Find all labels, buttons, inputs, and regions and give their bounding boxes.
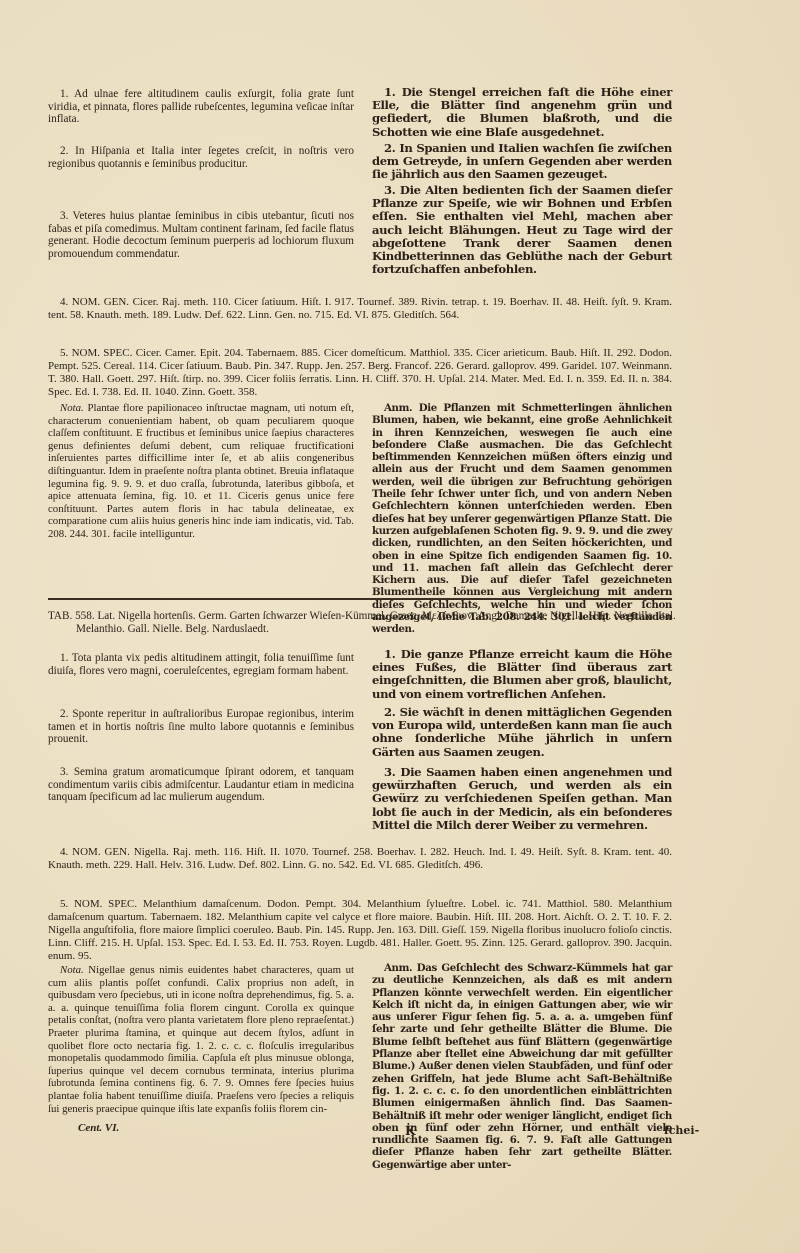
signature-mark-left: Cent. VI. bbox=[78, 1122, 119, 1134]
section-divider bbox=[48, 598, 672, 600]
latin-paragraph-1: 1. Tota planta vix pedis altitudinem att… bbox=[48, 652, 354, 677]
nom-gen-label: 4. NOM. GEN. bbox=[60, 846, 130, 858]
latin-paragraph-1: 1. Ad ulnae fere altitudinem caulis exſu… bbox=[48, 88, 354, 126]
latin-paragraph-2: 2. In Hiſpania et Italia inter ſegetes c… bbox=[48, 145, 354, 170]
anm-label: Anm. bbox=[384, 962, 412, 974]
german-anmerkung: Anm. Die Pflanzen mit Schmetterlingen äh… bbox=[372, 402, 672, 636]
anm-text: Das Geſchlecht des Schwarz-Kümmels hat g… bbox=[372, 962, 672, 1171]
latin-paragraph-2: 2. Sponte reperitur in auſtralioribus Eu… bbox=[48, 708, 354, 746]
nom-spec-entry: 5. NOM. SPEC. Cicer. Camer. Epit. 204. T… bbox=[48, 347, 672, 399]
nota-text: Nigellae genus nimis euidentes habet cha… bbox=[48, 964, 354, 1115]
nota-text: Plantae flore papilionaceo inſtructae ma… bbox=[48, 402, 354, 540]
german-paragraph-3: 3. Die Alten bedienten ſich der Saamen d… bbox=[372, 184, 672, 276]
latin-nota: Nota. Plantae flore papilionaceo inſtruc… bbox=[48, 402, 354, 541]
german-paragraph-2: 2. In Spanien und Italien wachſen ſie zw… bbox=[372, 142, 672, 182]
nom-gen-text: Cicer. Raj. meth. 110. Cicer ſatiuum. Hi… bbox=[48, 296, 672, 321]
nom-spec-label: 5. NOM. SPEC. bbox=[60, 898, 137, 910]
nota-label: Nota. bbox=[60, 964, 84, 976]
catchword: ſchei- bbox=[664, 1124, 699, 1137]
nom-spec-label: 5. NOM. SPEC. bbox=[60, 347, 132, 359]
plate-heading: TAB. 558. Lat. Nigella hortenſis. Germ. … bbox=[48, 610, 706, 636]
latin-nota: Nota. Nigellae genus nimis euidentes hab… bbox=[48, 964, 354, 1115]
german-paragraph-1: 1. Die ganze Pflanze erreicht kaum die H… bbox=[372, 648, 672, 701]
book-page: 1. Ad ulnae fere altitudinem caulis exſu… bbox=[0, 0, 800, 1253]
nom-gen-label: 4. NOM. GEN. bbox=[60, 296, 129, 308]
nom-gen-entry: 4. NOM. GEN. Nigella. Raj. meth. 116. Hi… bbox=[48, 846, 672, 872]
nom-spec-text: Cicer. Camer. Epit. 204. Tabernaem. 885.… bbox=[48, 347, 672, 398]
german-paragraph-3: 3. Die Saamen haben einen angenehmen und… bbox=[372, 766, 672, 832]
nom-spec-entry: 5. NOM. SPEC. Melanthium damaſcenum. Dod… bbox=[48, 898, 672, 963]
anm-label: Anm. bbox=[384, 402, 412, 414]
latin-paragraph-3: 3. Semina gratum aromaticumque ſpirant o… bbox=[48, 766, 354, 804]
latin-paragraph-3: 3. Veteres huius plantae ſeminibus in ci… bbox=[48, 210, 354, 260]
nom-spec-text: Melanthium damaſcenum. Dodon. Pempt. 304… bbox=[48, 898, 672, 962]
nom-gen-entry: 4. NOM. GEN. Cicer. Raj. meth. 110. Cice… bbox=[48, 296, 672, 322]
german-paragraph-2: 2. Sie wächſt in denen mittäglichen Gege… bbox=[372, 706, 672, 759]
german-anmerkung: Anm. Das Geſchlecht des Schwarz-Kümmels … bbox=[372, 962, 672, 1171]
nota-label: Nota. bbox=[60, 402, 84, 414]
nom-gen-text: Nigella. Raj. meth. 116. Hiſt. II. 1070.… bbox=[48, 846, 672, 871]
signature-mark-right: K bbox=[405, 1124, 415, 1138]
german-paragraph-1: 1. Die Stengel erreichen faſt die Höhe e… bbox=[372, 86, 672, 139]
anm-text: Die Pflanzen mit Schmetterlingen ähnlich… bbox=[372, 402, 672, 635]
